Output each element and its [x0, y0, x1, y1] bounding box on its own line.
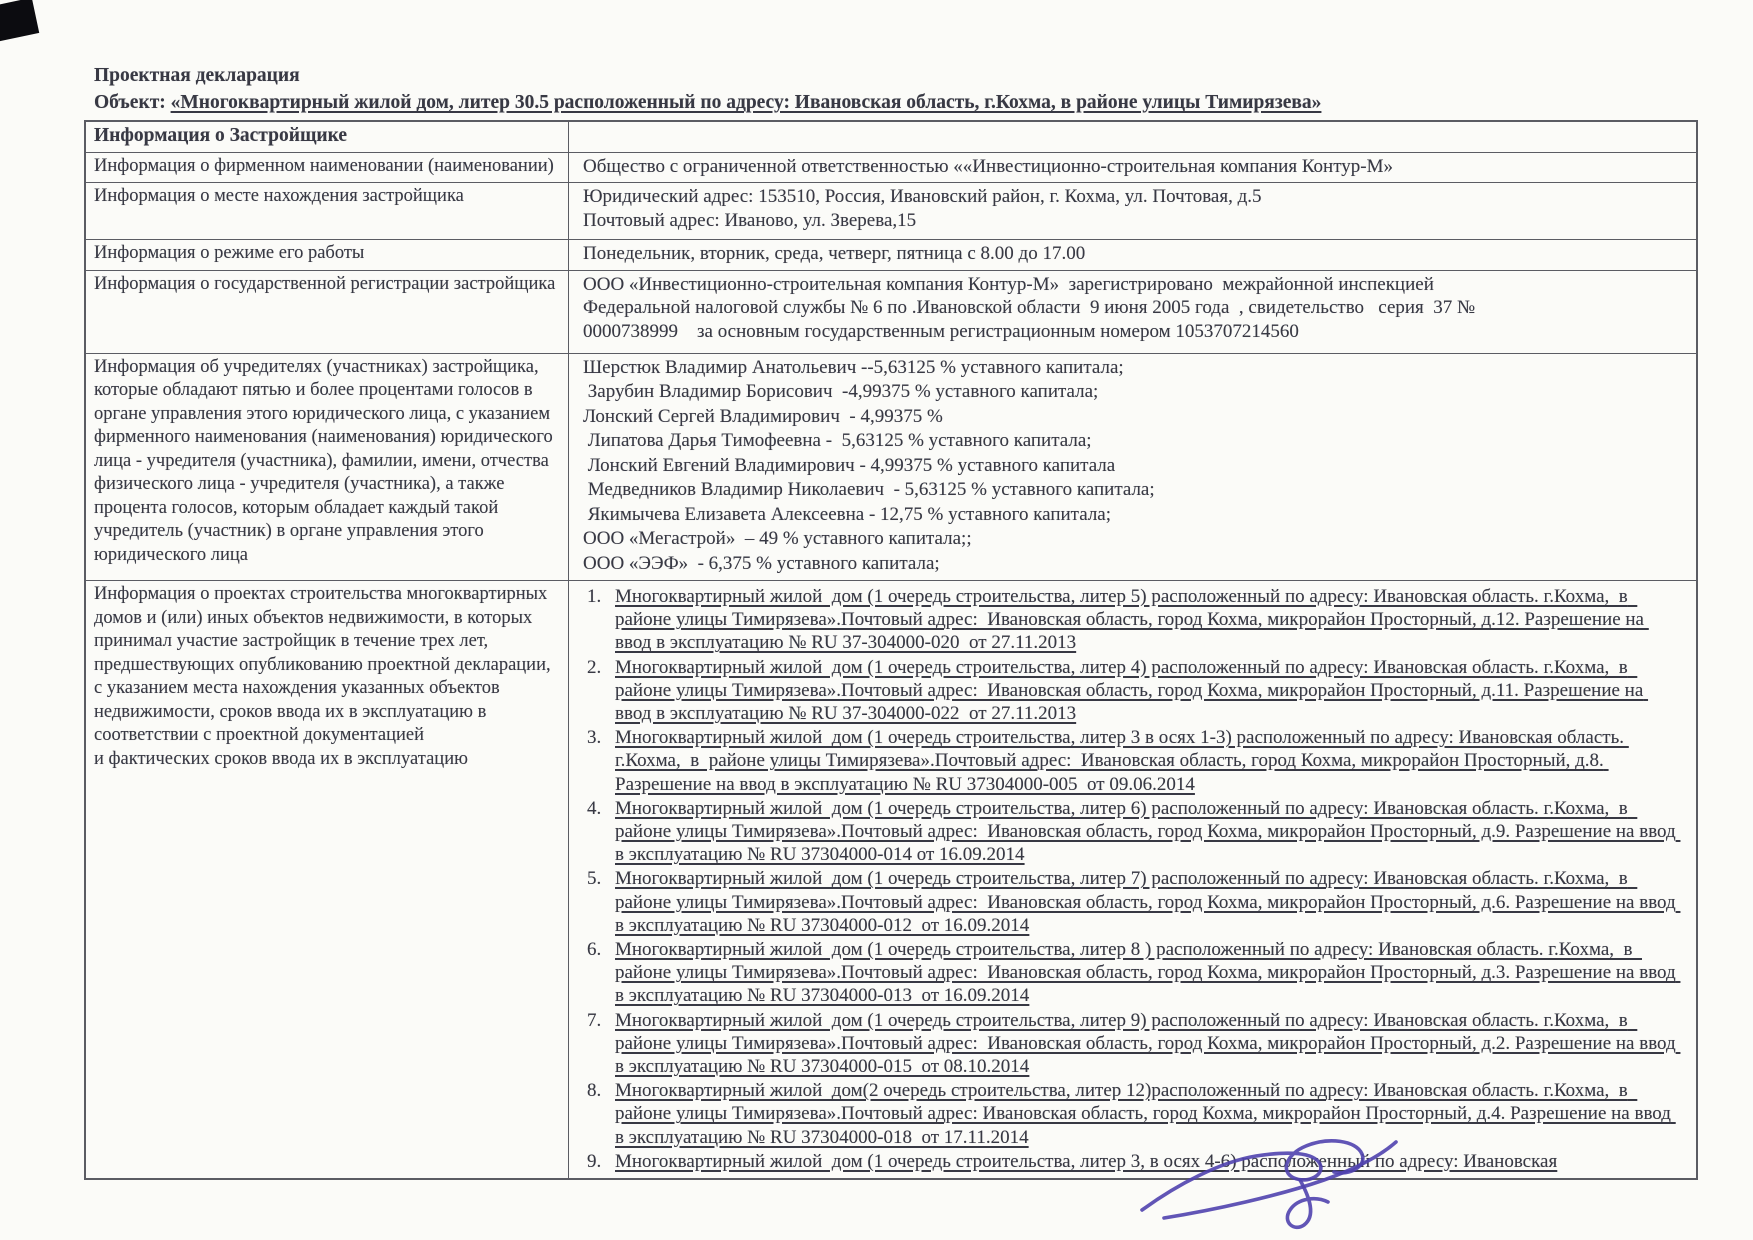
- document-title: Проектная декларация: [94, 62, 1321, 89]
- founder-line: Лонский Евгений Владимирович - 4,99375 %…: [583, 454, 1682, 479]
- founder-line: Лонский Сергей Владимирович - 4,99375 %: [583, 405, 1682, 430]
- project-item-number: 5.: [583, 867, 615, 937]
- row-value: Понедельник, вторник, среда, четверг, пя…: [569, 240, 1696, 270]
- project-item-text: Многоквартирный жилой дом (1 очередь стр…: [615, 797, 1682, 867]
- developer-info-table: Информация о Застройщике Информация о фи…: [84, 120, 1698, 1180]
- project-item-number: 2.: [583, 656, 615, 726]
- project-item-text: Многоквартирный жилой дом (1 очередь стр…: [615, 656, 1682, 726]
- project-list-item: 4.Многоквартирный жилой дом (1 очередь с…: [583, 797, 1682, 867]
- project-item-text: Многоквартирный жилой дом (1 очередь стр…: [615, 867, 1682, 937]
- table-row-state-registration: Информация о государственной регистрации…: [86, 270, 1696, 353]
- founder-line: ООО «Мегастрой» – 49 % уставного капитал…: [583, 527, 1682, 552]
- project-list-item: 6.Многоквартирный жилой дом (1 очередь с…: [583, 938, 1682, 1008]
- project-list-item: 5.Многоквартирный жилой дом (1 очередь с…: [583, 867, 1682, 937]
- project-list-item: 2.Многоквартирный жилой дом (1 очередь с…: [583, 656, 1682, 726]
- project-list: 1.Многоквартирный жилой дом (1 очередь с…: [583, 583, 1682, 1173]
- project-item-number: 7.: [583, 1009, 615, 1079]
- document-header: Проектная декларация Объект: «Многокварт…: [94, 62, 1321, 116]
- handwritten-signature: [1128, 1122, 1418, 1240]
- row-value: ООО «Инвестиционно-строительная компания…: [569, 271, 1696, 353]
- cell-text-line: Общество с ограниченной ответственностью…: [583, 155, 1682, 179]
- row-value: 1.Многоквартирный жилой дом (1 очередь с…: [569, 581, 1696, 1178]
- row-value: Общество с ограниченной ответственностью…: [569, 153, 1696, 183]
- table-row-work-schedule: Информация о режиме его работы Понедельн…: [86, 239, 1696, 270]
- row-label: Информация о государственной регистрации…: [86, 271, 569, 353]
- table-header-empty-cell: [569, 122, 1696, 152]
- founder-line: Липатова Дарья Тимофеевна - 5,63125 % ус…: [583, 429, 1682, 454]
- row-label: Информация о проектах строительства мног…: [86, 581, 569, 1178]
- founder-line: ООО «ЭЭФ» - 6,375 % уставного капитала;: [583, 552, 1682, 577]
- project-item-text: Многоквартирный жилой дом (1 очередь стр…: [615, 938, 1682, 1008]
- document-object-line: Объект: «Многоквартирный жилой дом, лите…: [94, 89, 1321, 116]
- cell-text-line: ООО «Инвестиционно-строительная компания…: [583, 273, 1682, 297]
- row-label: Информация о режиме его работы: [86, 240, 569, 270]
- row-value: Юридический адрес: 153510, Россия, Ивано…: [569, 183, 1696, 239]
- project-item-number: 9.: [583, 1150, 615, 1173]
- cell-text-line: 0000738999 за основным государственным р…: [583, 320, 1682, 344]
- object-label: Объект:: [94, 92, 166, 113]
- project-item-number: 1.: [583, 585, 615, 655]
- founder-line: Якимычева Елизавета Алексеевна - 12,75 %…: [583, 503, 1682, 528]
- row-label: Информация об учредителях (участниках) з…: [86, 354, 569, 581]
- project-item-text: Многоквартирный жилой дом (1 очередь стр…: [615, 585, 1682, 655]
- table-row-founders: Информация об учредителях (участниках) з…: [86, 353, 1696, 581]
- project-item-number: 6.: [583, 938, 615, 1008]
- project-list-item: 3.Многоквартирный жилой дом (1 очередь с…: [583, 726, 1682, 796]
- cell-text-line: Почтовый адрес: Иваново, ул. Зверева,15: [583, 209, 1682, 233]
- founder-line: Шерстюк Владимир Анатольевич --5,63125 %…: [583, 356, 1682, 381]
- founder-line: Зарубин Владимир Борисович -4,99375 % ус…: [583, 380, 1682, 405]
- project-item-number: 4.: [583, 797, 615, 867]
- table-header-cell: Информация о Застройщике: [86, 122, 569, 152]
- row-label: Информация о фирменном наименовании (наи…: [86, 153, 569, 183]
- cell-text-line: Федеральной налоговой службы № 6 по .Ива…: [583, 296, 1682, 320]
- cell-text-line: Юридический адрес: 153510, Россия, Ивано…: [583, 185, 1682, 209]
- founder-line: Медведников Владимир Николаевич - 5,6312…: [583, 478, 1682, 503]
- table-row-firm-name: Информация о фирменном наименовании (наи…: [86, 152, 1696, 183]
- table-header-row: Информация о Застройщике: [86, 122, 1696, 152]
- row-value: Шерстюк Владимир Анатольевич --5,63125 %…: [569, 354, 1696, 581]
- project-list-item: 7.Многоквартирный жилой дом (1 очередь с…: [583, 1009, 1682, 1079]
- project-item-number: 3.: [583, 726, 615, 796]
- scanned-document-page: Проектная декларация Объект: «Многокварт…: [0, 0, 1753, 1240]
- scan-corner-artifact: [0, 0, 39, 42]
- project-item-text: Многоквартирный жилой дом (1 очередь стр…: [615, 726, 1682, 796]
- row-label: Информация о месте нахождения застройщик…: [86, 183, 569, 239]
- table-row-location: Информация о месте нахождения застройщик…: [86, 182, 1696, 239]
- table-row-construction-projects: Информация о проектах строительства мног…: [86, 580, 1696, 1178]
- project-item-number: 8.: [583, 1079, 615, 1149]
- project-item-text: Многоквартирный жилой дом (1 очередь стр…: [615, 1009, 1682, 1079]
- project-list-item: 1.Многоквартирный жилой дом (1 очередь с…: [583, 585, 1682, 655]
- cell-text-line: Понедельник, вторник, среда, четверг, пя…: [583, 242, 1682, 266]
- object-value: «Многоквартирный жилой дом, литер 30.5 р…: [171, 92, 1322, 113]
